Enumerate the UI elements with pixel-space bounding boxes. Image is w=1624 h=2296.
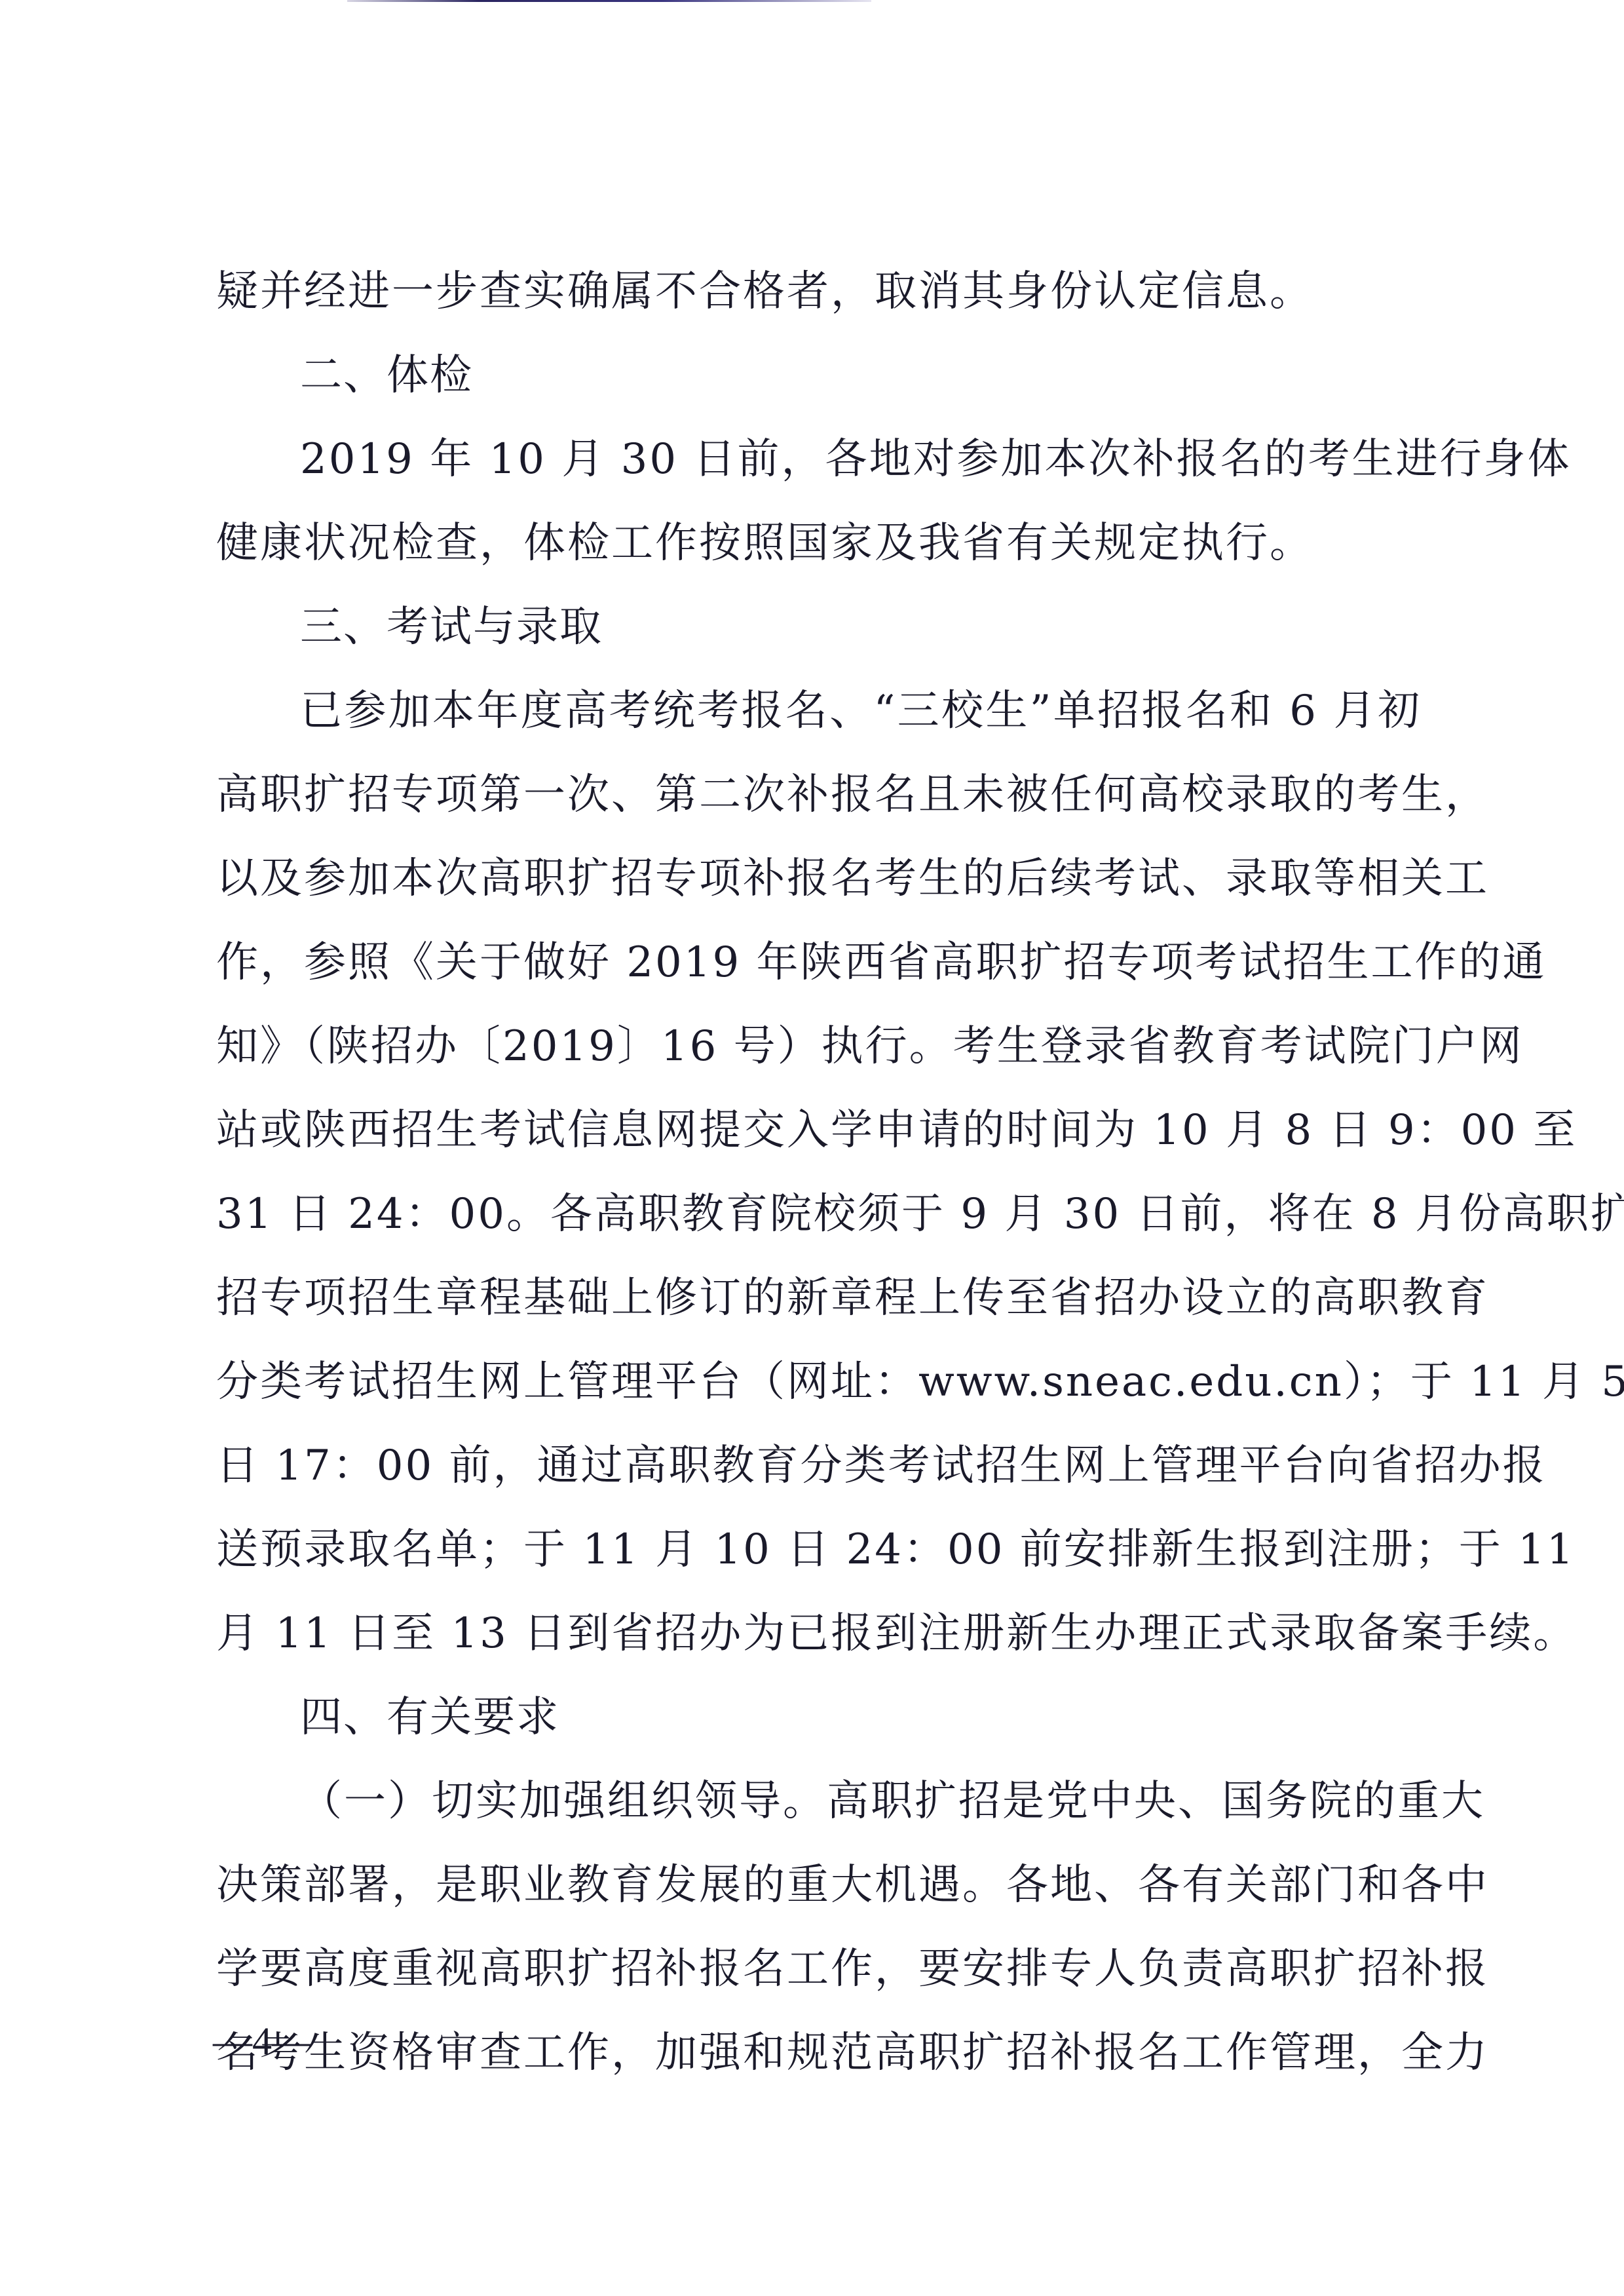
body-line-url: 分类考试招生网上管理平台（网址：www.sneac.edu.cn）；于 11 月… <box>216 1356 1422 1408</box>
body-line: 31 日 24：00。各高职教育院校须于 9 月 30 日前，将在 8 月份高职… <box>216 1188 1422 1240</box>
body-line: 2019 年 10 月 30 日前，各地对参加本次补报名的考生进行身体 <box>216 433 1422 486</box>
body-line: 作，参照《关于做好 2019 年陕西省高职扩招专项考试招生工作的通 <box>216 936 1422 989</box>
page-number: —4— <box>213 2018 311 2064</box>
body-line: 日 17：00 前，通过高职教育分类考试招生网上管理平台向省招办报 <box>216 1440 1422 1492</box>
body-line: 站或陕西招生考试信息网提交入学申请的时间为 10 月 8 日 9：00 至 <box>216 1104 1422 1157</box>
body-line: 知》（陕招办〔2019〕16 号）执行。考生登录省教育考试院门户网 <box>216 1020 1422 1073</box>
scan-edge-mark <box>347 0 871 2</box>
section-heading-requirements: 四、有关要求 <box>216 1691 1422 1744</box>
body-line: 已参加本年度高考统考报名、“三校生”单招报名和 6 月初 <box>216 685 1422 737</box>
body-line: 名考生资格审查工作，加强和规范高职扩招补报名工作管理，全力 <box>216 2027 1422 2079</box>
body-line: 月 11 日至 13 日到省招办为已报到注册新生办理正式录取备案手续。 <box>216 1607 1422 1660</box>
body-line: 疑并经进一步查实确属不合格者，取消其身份认定信息。 <box>216 265 1422 318</box>
body-line: 送预录取名单；于 11 月 10 日 24：00 前安排新生报到注册；于 11 <box>216 1523 1422 1576</box>
body-line: 招专项招生章程基础上修订的新章程上传至省招办设立的高职教育 <box>216 1272 1422 1324</box>
body-line: 学要高度重视高职扩招补报名工作，要安排专人负责高职扩招补报 <box>216 1943 1422 1995</box>
body-line: 健康状况检查，体检工作按照国家及我省有关规定执行。 <box>216 517 1422 569</box>
body-line: 以及参加本次高职扩招专项补报名考生的后续考试、录取等相关工 <box>216 852 1422 905</box>
body-line: （一）切实加强组织领导。高职扩招是党中央、国务院的重大 <box>216 1775 1422 1827</box>
section-heading-physical-exam: 二、体检 <box>216 349 1422 402</box>
section-heading-exam-admission: 三、考试与录取 <box>216 601 1422 653</box>
body-line: 决策部署，是职业教育发展的重大机遇。各地、各有关部门和各中 <box>216 1859 1422 1911</box>
body-line: 高职扩招专项第一次、第二次补报名且未被任何高校录取的考生， <box>216 769 1422 821</box>
